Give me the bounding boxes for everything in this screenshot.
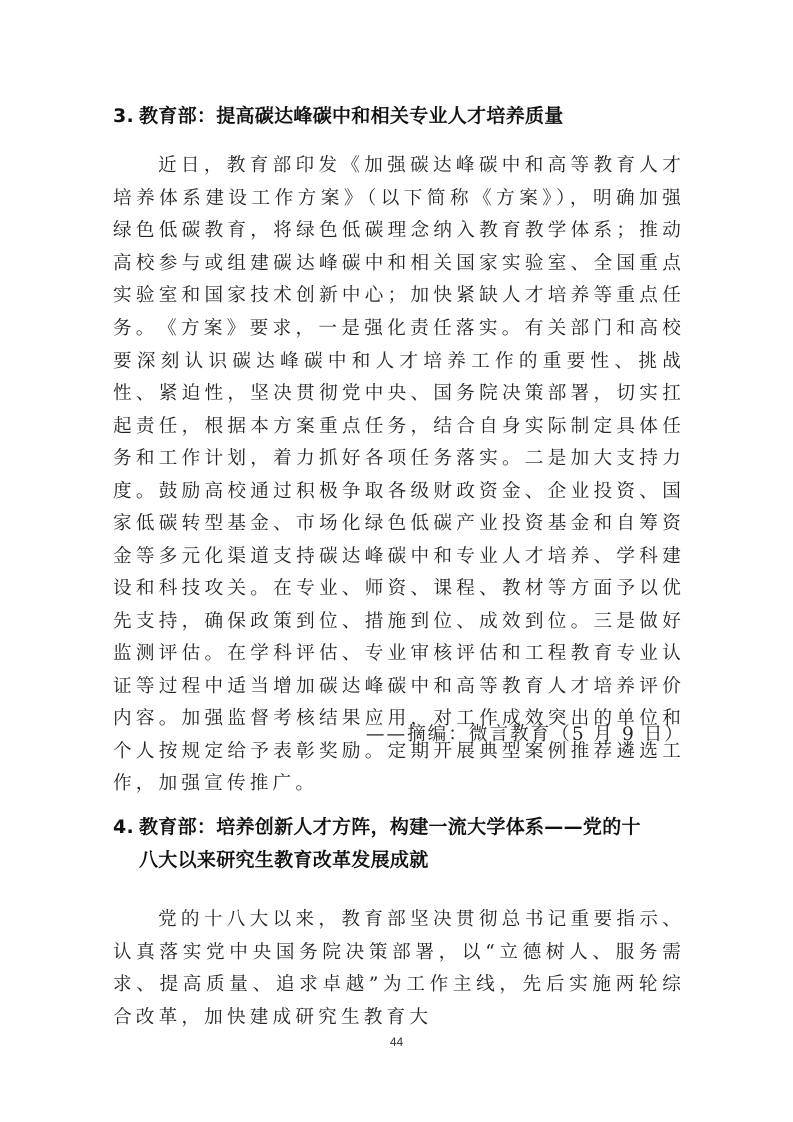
section-4-title-line-2: 八大以来研究生教育改革发展成就 xyxy=(113,844,685,877)
section-4-paragraph-1: 党的十八大以来，教育部坚决贯彻总书记重要指示、认真落实党中央国务院决策部署，以“… xyxy=(113,904,685,1002)
section-3-number: 3. xyxy=(113,100,139,133)
section-3-title: 教育部：提高碳达峰碳中和相关专业人才培养质量 xyxy=(139,105,564,127)
section-3-heading: 3.教育部：提高碳达峰碳中和相关专业人才培养质量 xyxy=(113,100,685,133)
section-4-number: 4. xyxy=(113,811,139,844)
section-3-source: ——摘编：微言教育（5 月 9 日） xyxy=(366,719,685,752)
section-3-paragraph-2: 《方案》要求，一是强化责任落实。有关部门和高校要深刻认识碳达峰碳中和人才培养工作… xyxy=(113,313,685,703)
section-4-title-line-1: 教育部：培养创新人才方阵，构建一流大学体系——党的十 xyxy=(139,816,641,838)
section-3-paragraph-1: 近日，教育部印发《加强碳达峰碳中和高等教育人才培养体系建设工作方案》（以下简称《… xyxy=(113,150,685,282)
page-number: 44 xyxy=(0,1035,793,1049)
section-4-heading: 4.教育部：培养创新人才方阵，构建一流大学体系——党的十 八大以来研究生教育改革… xyxy=(113,811,685,877)
